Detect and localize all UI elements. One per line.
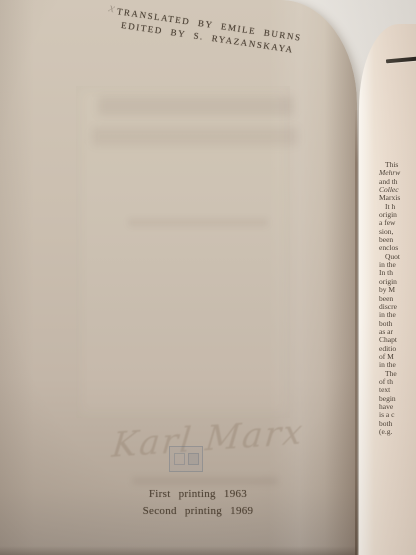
first-printing-line: First printing 1963 [98, 488, 298, 500]
stamp-cell [188, 453, 199, 465]
translation-credits: TRANSLATED BY EMILE BURNS EDITED BY S. R… [113, 6, 304, 56]
gutter-crease [355, 110, 358, 555]
book-photo: x TRANSLATED BY EMILE BURNS EDITED BY S.… [0, 0, 416, 555]
page-bottom-shadow [0, 546, 357, 555]
ghost-marx-signature: Karl Marx [110, 412, 306, 466]
ghost-imprint-line [132, 477, 278, 485]
facing-page-text-line: (e.g. [379, 428, 416, 436]
ghost-subtitle-line [128, 218, 268, 227]
left-page: x TRANSLATED BY EMILE BURNS EDITED BY S.… [0, 0, 357, 555]
printing-history: First printing 1963 Second printing 1969 [98, 488, 298, 517]
stamp-cell [174, 453, 185, 465]
ghost-title-line-1 [98, 96, 294, 116]
ghost-title-line-2 [92, 127, 298, 146]
publisher-stamp-showthrough [169, 446, 203, 472]
second-printing-line: Second printing 1969 [98, 505, 298, 517]
facing-page-text: ThisMehrwand thCollecMarxisIt horigina f… [379, 161, 416, 436]
